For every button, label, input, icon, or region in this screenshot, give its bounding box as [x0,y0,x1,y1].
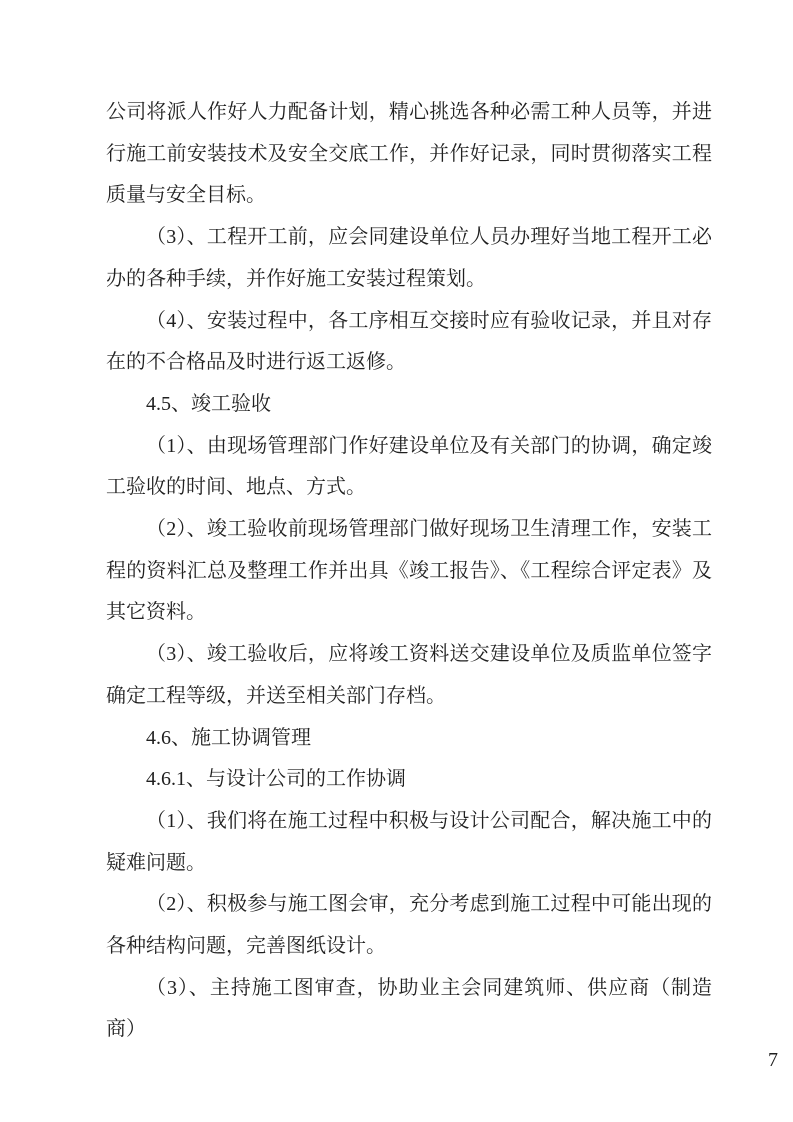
para-item-1-cooperate-with-design: （1）、我们将在施工过程中积极与设计公司配合，解决施工中的疑难问题。 [106,801,712,884]
heading-4-6-construction-coordination: 4.6、施工协调管理 [106,718,712,760]
heading-4-6-1-design-company-coordination: 4.6.1、与设计公司的工作协调 [106,759,712,801]
para-item-3-pre-start-formalities: （3）、工程开工前，应会同建设单位人员办理好当地工程开工必办的各种手续，并作好施… [106,217,712,300]
document-body: 公司将派人作好人力配备计划，精心挑选各种必需工种人员等，并进行施工前安装技术及安… [106,92,712,1051]
para-item-2-site-cleanup-documents: （2）、竣工验收前现场管理部门做好现场卫生清理工作，安装工程的资料汇总及整理工作… [106,509,712,634]
para-item-4-handover-inspection: （4）、安装过程中，各工序相互交接时应有验收记录，并且对存在的不合格品及时进行返… [106,301,712,384]
para-item-1-acceptance-coordination: （1）、由现场管理部门作好建设单位及有关部门的协调，确定竣工验收的时间、地点、方… [106,426,712,509]
para-staffing-continuation: 公司将派人作好人力配备计划，精心挑选各种必需工种人员等，并进行施工前安装技术及安… [106,92,712,217]
page-number: 7 [768,1048,778,1072]
para-item-3-preside-drawing-review: （3）、主持施工图审查，协助业主会同建筑师、供应商（制造商） [106,968,712,1051]
document-page: 公司将派人作好人力配备计划，精心挑选各种必需工种人员等，并进行施工前安装技术及安… [0,0,793,1122]
para-item-2-drawing-joint-review: （2）、积极参与施工图会审，充分考虑到施工过程中可能出现的各种结构问题，完善图纸… [106,884,712,967]
para-item-3-submit-completion-data: （3）、竣工验收后，应将竣工资料送交建设单位及质监单位签字确定工程等级，并送至相… [106,634,712,717]
heading-4-5-completion-acceptance: 4.5、竣工验收 [106,384,712,426]
